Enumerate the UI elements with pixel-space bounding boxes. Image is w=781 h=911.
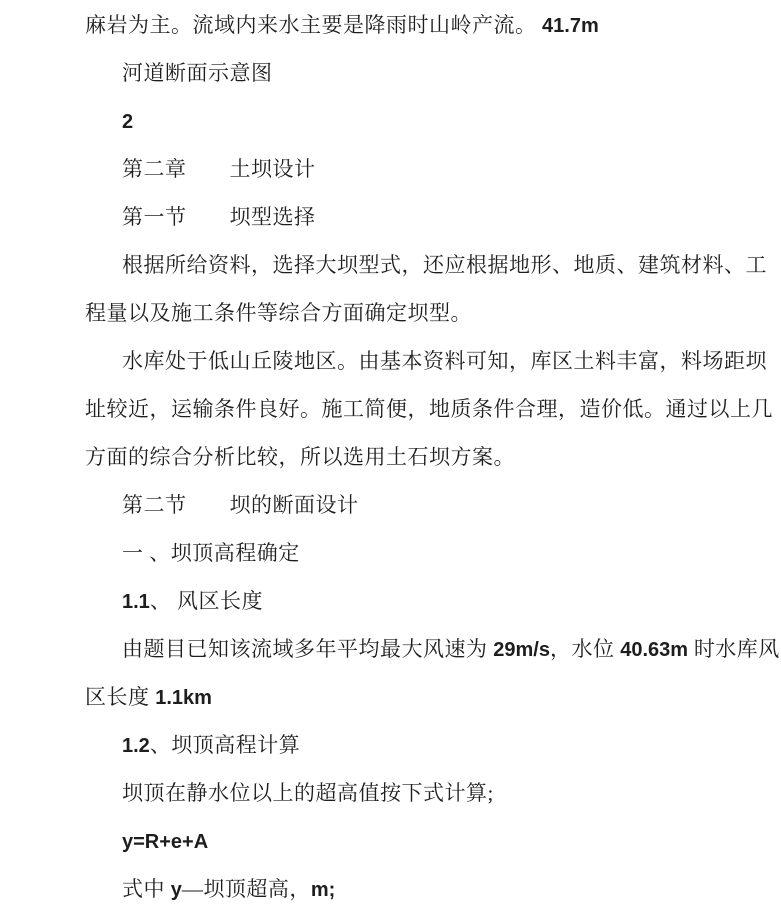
text-segment: 1.1km bbox=[155, 687, 212, 709]
text-segment: 第二节 坝的断面设计 bbox=[122, 493, 359, 517]
text-segment: —坝顶超高， bbox=[182, 877, 311, 901]
text-segment: 第二章 土坝设计 bbox=[122, 157, 316, 181]
text-segment: 坝顶在静水位以上的超高值按下式计算; bbox=[122, 781, 494, 805]
text-line: 河道断面示意图 bbox=[85, 49, 740, 97]
document-page: 麻岩为主。流域内来水主要是降雨时山岭产流。 41.7m河道断面示意图2第二章 土… bbox=[0, 0, 781, 911]
text-segment: 一 、坝顶高程确定 bbox=[122, 541, 300, 565]
text-line: 根据所给资料，选择大坝型式，还应根据地形、地质、建筑材料、工 bbox=[85, 241, 740, 289]
text-line: 第二节 坝的断面设计 bbox=[85, 481, 740, 529]
text-segment: 区长度 bbox=[85, 685, 155, 709]
text-line: 1.1、 风区长度 bbox=[85, 577, 740, 625]
text-line: 1.2、坝顶高程计算 bbox=[85, 721, 740, 769]
text-segment: 29m/s bbox=[493, 639, 550, 661]
text-segment: 2 bbox=[122, 111, 133, 133]
text-segment: 麻岩为主。流域内来水主要是降雨时山岭产流。 bbox=[85, 13, 537, 37]
text-segment: 时水库风 bbox=[688, 637, 780, 661]
text-segment: ，水位 bbox=[550, 637, 620, 661]
text-segment: 程量以及施工条件等综合方面确定坝型。 bbox=[85, 301, 472, 325]
text-segment: 址较近，运输条件良好。施工简便，地质条件合理，造价低。通过以上几 bbox=[85, 397, 773, 421]
text-segment: 、 风区长度 bbox=[150, 589, 263, 613]
text-segment: y bbox=[171, 879, 182, 901]
document-body: 麻岩为主。流域内来水主要是降雨时山岭产流。 41.7m河道断面示意图2第二章 土… bbox=[85, 1, 740, 911]
text-segment: 、坝顶高程计算 bbox=[150, 733, 301, 757]
text-line: 址较近，运输条件良好。施工简便，地质条件合理，造价低。通过以上几 bbox=[85, 385, 740, 433]
text-segment: 1.1 bbox=[122, 591, 150, 613]
text-segment: 方面的综合分析比较，所以选用土石坝方案。 bbox=[85, 445, 515, 469]
text-segment: 水库处于低山丘陵地区。由基本资料可知，库区土料丰富，料场距坝 bbox=[122, 349, 767, 373]
text-line: y=R+e+A bbox=[85, 817, 740, 865]
text-line: 第一节 坝型选择 bbox=[85, 193, 740, 241]
text-line: 区长度 1.1km bbox=[85, 673, 740, 721]
text-line: 方面的综合分析比较，所以选用土石坝方案。 bbox=[85, 433, 740, 481]
text-segment: 式中 bbox=[122, 877, 171, 901]
text-segment: 1.2 bbox=[122, 735, 150, 757]
text-line: 2 bbox=[85, 97, 740, 145]
text-line: 麻岩为主。流域内来水主要是降雨时山岭产流。 41.7m bbox=[85, 1, 740, 49]
text-segment: 由题目已知该流域多年平均最大风速为 bbox=[122, 637, 493, 661]
text-segment: 40.63m bbox=[620, 639, 688, 661]
text-segment: m; bbox=[311, 879, 335, 901]
text-segment: 41.7m bbox=[537, 15, 599, 37]
text-line: 第二章 土坝设计 bbox=[85, 145, 740, 193]
text-segment: 河道断面示意图 bbox=[122, 61, 273, 85]
text-line: 一 、坝顶高程确定 bbox=[85, 529, 740, 577]
text-line: 由题目已知该流域多年平均最大风速为 29m/s，水位 40.63m 时水库风 bbox=[85, 625, 740, 673]
text-segment: y=R+e+A bbox=[122, 831, 208, 853]
text-line: 式中 y—坝顶超高，m; bbox=[85, 865, 740, 911]
text-line: 坝顶在静水位以上的超高值按下式计算; bbox=[85, 769, 740, 817]
text-line: 水库处于低山丘陵地区。由基本资料可知，库区土料丰富，料场距坝 bbox=[85, 337, 740, 385]
text-segment: 第一节 坝型选择 bbox=[122, 205, 316, 229]
text-segment: 根据所给资料，选择大坝型式，还应根据地形、地质、建筑材料、工 bbox=[122, 253, 767, 277]
text-line: 程量以及施工条件等综合方面确定坝型。 bbox=[85, 289, 740, 337]
